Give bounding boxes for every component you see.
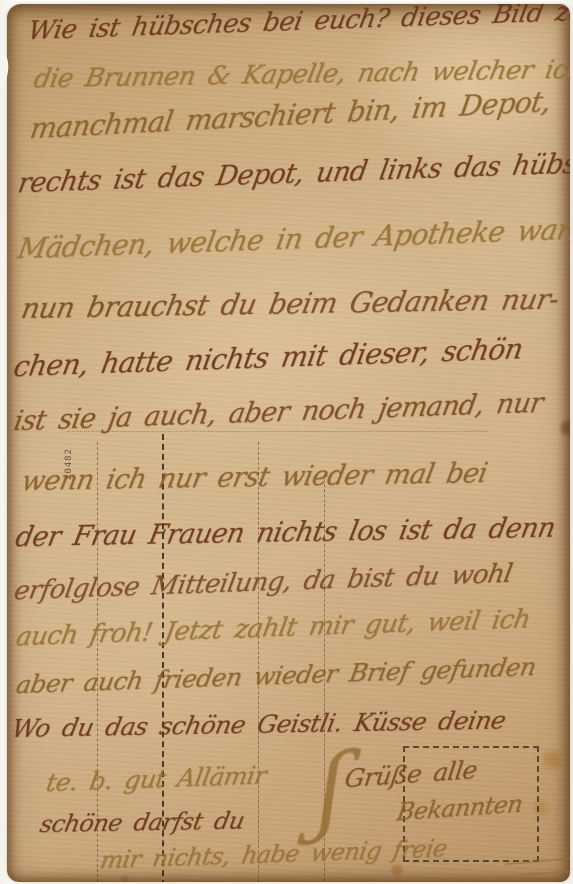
handwriting-line: aber auch frieden wieder Brief gefunden (14, 652, 538, 699)
handwriting-line: manchmal marschiert bin, im Depot, (28, 85, 553, 146)
underline-flourish-2 (519, 870, 570, 876)
handwriting-line: Wie ist hübsches bei euch? dieses Bild z… (26, 4, 570, 46)
handwriting-line: Mädchen, welche in der Apotheke war, (15, 213, 570, 266)
handwriting-line: Wo du das schöne Geistli. Küsse deine (9, 705, 508, 743)
handwriting-line: der Frau Frauen nichts los ist da denn (13, 513, 558, 554)
handwriting-line: ist sie ja auch, aber noch jemand, nur (11, 388, 545, 438)
handwriting-line: rechts ist das Depot, und links das hübs… (15, 147, 570, 199)
scan-background: 20482 Wie ist hübsches bei euch? dieses … (0, 0, 573, 884)
handwriting-line: auch froh! Jetzt zahlt mir gut, weil ich (14, 604, 533, 652)
handwriting-line: te. b. gut Allämir (44, 760, 269, 797)
handwriting-line: erfolglose Mitteilung, da bist du wohl (12, 559, 515, 607)
handwriting-line: wenn ich nur erst wieder mal bei (19, 458, 490, 497)
handwriting-line: chen, hatte nichts mit dieser, schön (11, 332, 525, 383)
postcard-paper: 20482 Wie ist hübsches bei euch? dieses … (7, 4, 570, 882)
handwriting-line: schöne darfst du (38, 806, 247, 838)
handwriting-line: mir nichts, habe wenig freie (98, 834, 449, 874)
handwriting-line: nun brauchst du beim Gedanken nur- (19, 283, 562, 325)
